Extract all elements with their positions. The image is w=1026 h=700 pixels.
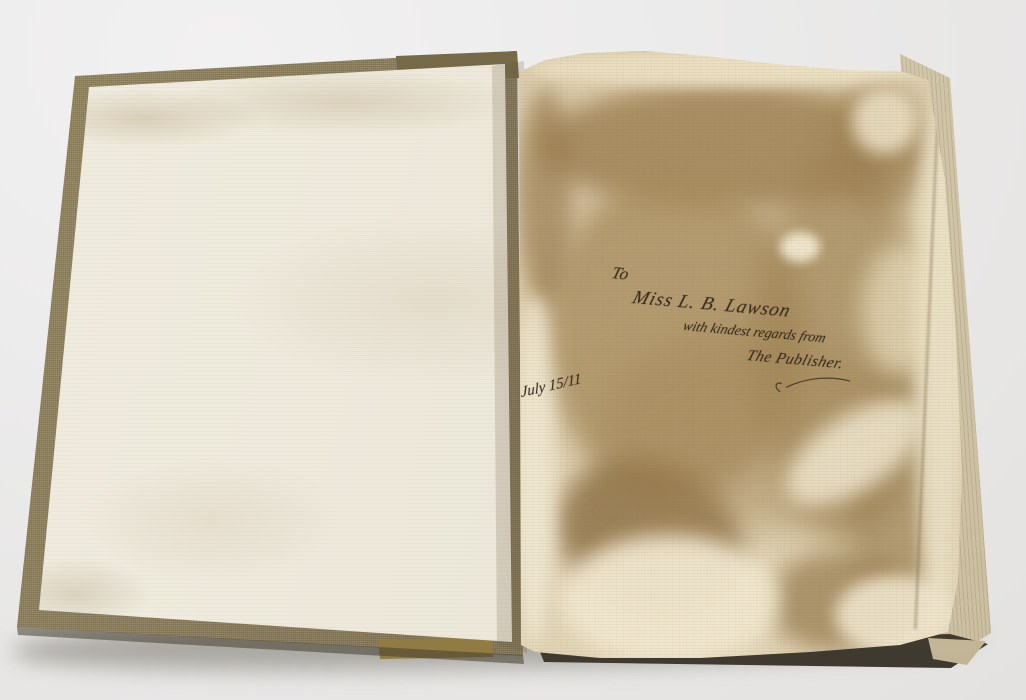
photo-canvas: To Miss L. B. Lawson with kindest regard… [0,0,1026,700]
inscription-signature: The Publisher. [744,347,846,373]
inscription-message: with kindest regards from [681,319,828,347]
inscription-recipient: Miss L. B. Lawson [630,287,794,322]
flourish-mark [767,372,854,398]
inscription-salutation: To [609,263,631,284]
inscription-date: July 15/11 [521,371,582,402]
